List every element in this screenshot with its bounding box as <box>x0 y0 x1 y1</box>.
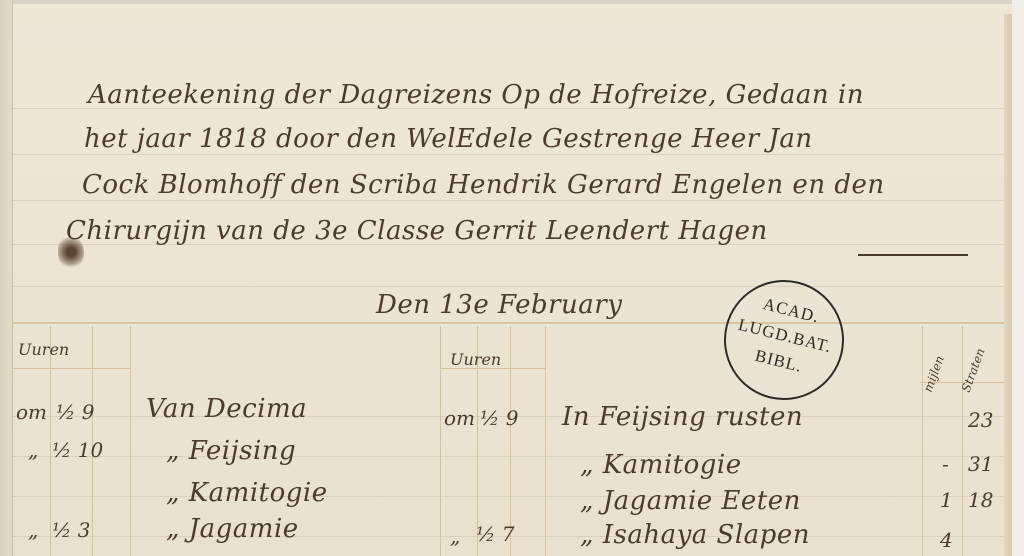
left-row-2-time: ½ 10 <box>52 438 103 462</box>
right-row-4-mijlen: 4 <box>940 528 953 552</box>
column-header-mijlen: mijlen <box>921 354 947 394</box>
ruled-line <box>12 456 1012 457</box>
left-header-rule <box>12 368 130 369</box>
ink-blot <box>58 234 84 270</box>
right-row-3-mijlen: 1 <box>940 488 953 512</box>
right-row-4-time: ½ 7 <box>476 522 514 546</box>
right-row-2-place: „ Kamitogie <box>580 450 742 480</box>
right-row-2-straten: 31 <box>968 452 993 476</box>
title-line-1: Aanteekening der Dagreizens Op de Hofrei… <box>88 80 864 110</box>
column-line <box>440 326 441 556</box>
left-row-4-time: ½ 3 <box>52 518 90 542</box>
library-stamp: ACAD. LUGD.BAT. BIBL. <box>711 267 856 412</box>
column-header-straten: Straten <box>959 346 988 394</box>
right-row-2-mijlen: - <box>942 452 949 476</box>
left-row-4-place: „ Jagamie <box>166 514 299 544</box>
right-row-4-place: „ Isahaya Slapen <box>580 520 810 550</box>
right-row-1-straten: 23 <box>968 408 993 432</box>
ruled-line <box>12 496 1012 497</box>
page-edge <box>1004 14 1012 556</box>
title-line-3: Cock Blomhoff den Scriba Hendrik Gerard … <box>82 170 885 200</box>
left-row-3-place: „ Kamitogie <box>166 478 328 508</box>
title-line-2: het jaar 1818 door den WelEdele Gestreng… <box>84 124 813 154</box>
title-line-4: Chirurgijn van de 3e Classe Gerrit Leend… <box>66 216 768 246</box>
column-line <box>962 326 963 556</box>
table-top-rule <box>12 322 1004 324</box>
left-row-1-prefix: om <box>16 400 47 424</box>
right-table-header-uuren: Uuren <box>450 350 501 369</box>
column-line <box>50 326 51 556</box>
right-row-3-straten: 18 <box>968 488 993 512</box>
scan-background-edge <box>1012 0 1024 556</box>
left-row-1-place: Van Decima <box>146 394 307 424</box>
ruled-line <box>12 154 1012 155</box>
date-heading: Den 13e February <box>376 290 622 320</box>
column-line <box>130 326 131 556</box>
left-row-2-place: „ Feijsing <box>166 436 296 466</box>
column-line <box>922 326 923 556</box>
left-row-1-time: ½ 9 <box>56 400 94 424</box>
right-row-1-place: In Feijsing rusten <box>562 402 803 432</box>
left-row-4-prefix: „ <box>28 518 38 542</box>
manuscript-page: Aanteekening der Dagreizens Op de Hofrei… <box>0 4 1012 556</box>
right-row-4-prefix: „ <box>450 524 460 548</box>
left-table-header-uuren: Uuren <box>18 340 69 359</box>
column-line <box>545 326 546 556</box>
ruled-line <box>12 286 1012 287</box>
right-row-3-place: „ Jagamie Eeten <box>580 486 801 516</box>
left-row-2-prefix: „ <box>28 438 38 462</box>
ruled-line <box>12 200 1012 201</box>
right-row-1-prefix: om <box>444 406 475 430</box>
book-binding-edge <box>0 0 13 556</box>
right-row-1-time: ½ 9 <box>480 406 518 430</box>
line-end-flourish <box>858 254 968 256</box>
